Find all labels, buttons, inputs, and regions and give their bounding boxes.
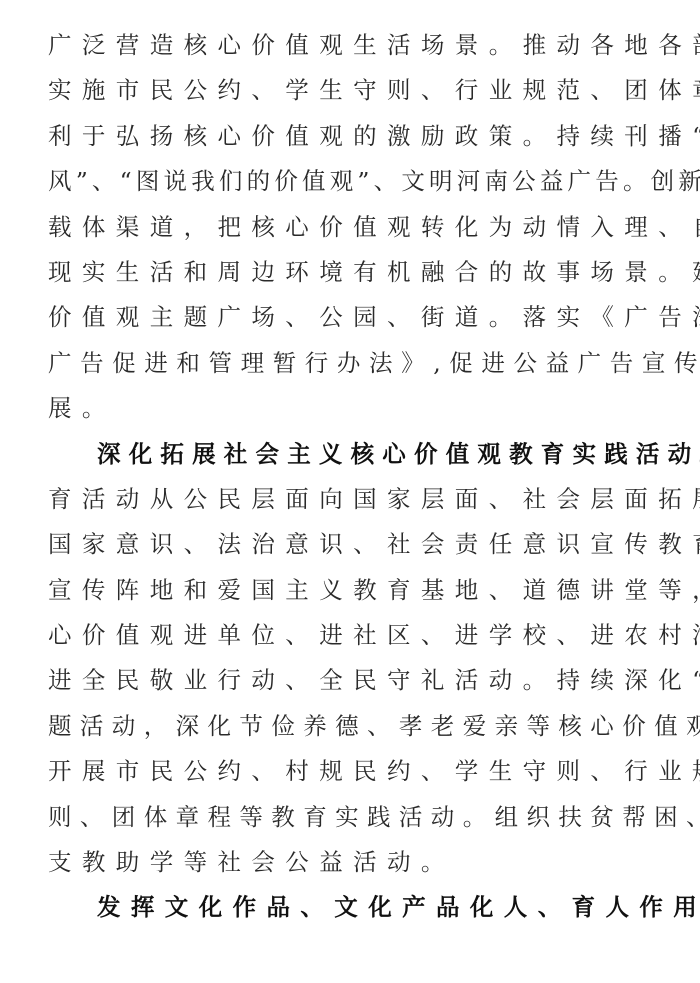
- section-heading: 深化拓展社会主义核心价值观教育实践活动。: [97, 440, 700, 468]
- text-line: 育活动从公民层面向国家层面、社会层面拓展延伸，抓好: [48, 477, 668, 522]
- text-line: 国家意识、法治意识、社会责任意识宣传教育。依托基层: [48, 522, 668, 567]
- text-line: 则、团体章程等教育实践活动。组织扶贫帮困、慈善捐助、: [48, 795, 668, 840]
- text-line: 支教助学等社会公益活动。: [48, 840, 668, 885]
- text-line: 载体渠道，把核心价值观转化为动情入理、自然嵌入、与: [48, 205, 668, 250]
- text-line: 广告促进和管理暂行办法》,促进公益广告宣传持续健康发: [48, 341, 668, 386]
- text-line: 实施市民公约、学生守则、行业规范、团体章程，出台有: [48, 68, 668, 113]
- text-line: 开展市民公约、村规民约、学生守则、行业规范、职业规: [48, 749, 668, 794]
- text-line: 深化拓展社会主义核心价值观教育实践活动。推动教: [48, 432, 668, 477]
- text-line: 发挥文化作品、文化产品化人、育人作用。创作一批: [48, 885, 668, 930]
- text-line: 风”、“图说我们的价值观”、文明河南公益广告。创新传播: [48, 159, 668, 204]
- paragraph-public-service-ads: 广泛营造核心价值观生活场景。推动各地各部门加快修订 实施市民公约、学生守则、行业…: [48, 23, 668, 432]
- text-line: 价值观主题广场、公园、街道。落实《广告法》和《公益: [48, 295, 668, 340]
- text-line: 广泛营造核心价值观生活场景。推动各地各部门加快修订: [48, 23, 668, 68]
- text-line: 心价值观进单位、进社区、进学校、进农村活动。大力推: [48, 613, 668, 658]
- document-page: 广泛营造核心价值观生活场景。推动各地各部门加快修订 实施市民公约、学生守则、行业…: [48, 23, 668, 931]
- paragraph-education-practice: 深化拓展社会主义核心价值观教育实践活动。推动教 育活动从公民层面向国家层面、社会…: [48, 432, 668, 886]
- text-line: 展。: [48, 386, 668, 431]
- paragraph-cultural-works: 发挥文化作品、文化产品化人、育人作用。创作一批: [48, 885, 668, 930]
- text-line: 进全民敬业行动、全民守礼活动。持续深化“六文明”主: [48, 658, 668, 703]
- text-line: 现实生活和周边环境有机融合的故事场景。建设一批核心: [48, 250, 668, 295]
- text-line: 题活动，深化节俭养德、孝老爱亲等核心价值观品牌活动。: [48, 704, 668, 749]
- section-heading: 发挥文化作品、文化产品化人、育人作用。: [97, 893, 700, 921]
- text-line: 利于弘扬核心价值观的激励政策。持续刊播“讲文明树新: [48, 114, 668, 159]
- text-line: 宣传阵地和爱国主义教育基地、道德讲堂等，广泛开展核: [48, 568, 668, 613]
